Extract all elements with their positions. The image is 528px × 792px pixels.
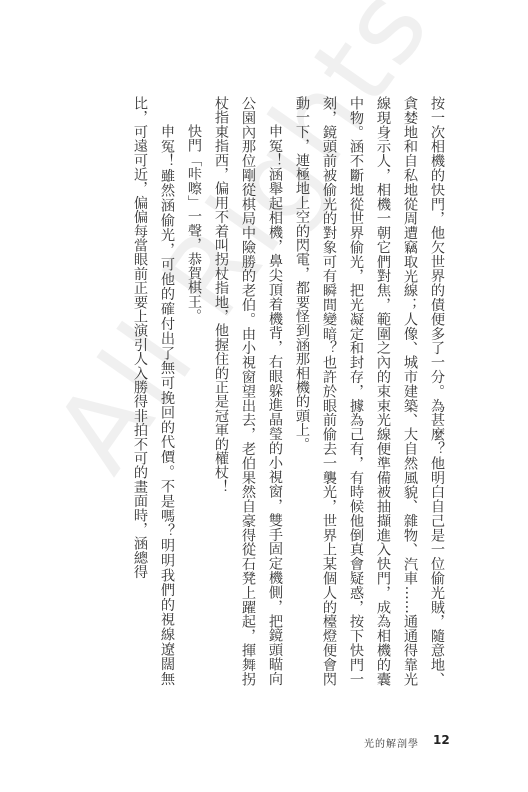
book-page: All Rights Reserved 按一次相機的快門，他欠世界的債便多了一分… (0, 0, 528, 792)
paragraph-4: 申冤！雖然涵偷光，可他的確付出了無可挽回的代價。不是嗎？明明我們的視線遼闊無比，… (126, 96, 180, 686)
vertical-text-body: 按一次相機的快門，他欠世界的債便多了一分。為甚麼？他明白自己是一位偷光賊，隨意地… (126, 96, 450, 686)
paragraph-1: 按一次相機的快門，他欠世界的債便多了一分。為甚麼？他明白自己是一位偷光賊，隨意地… (288, 96, 450, 686)
running-footer-title: 光的解剖學 (364, 735, 419, 750)
paragraph-2: 申冤！涵舉起相機，鼻尖頂着機背，右眼躲進晶瑩的小視窗，雙手固定機側，把鏡頭瞄向公… (207, 96, 288, 686)
paragraph-3: 快門「咔嚓」一聲，恭賀棋王。 (180, 96, 207, 686)
page-number: 12 (433, 733, 450, 747)
